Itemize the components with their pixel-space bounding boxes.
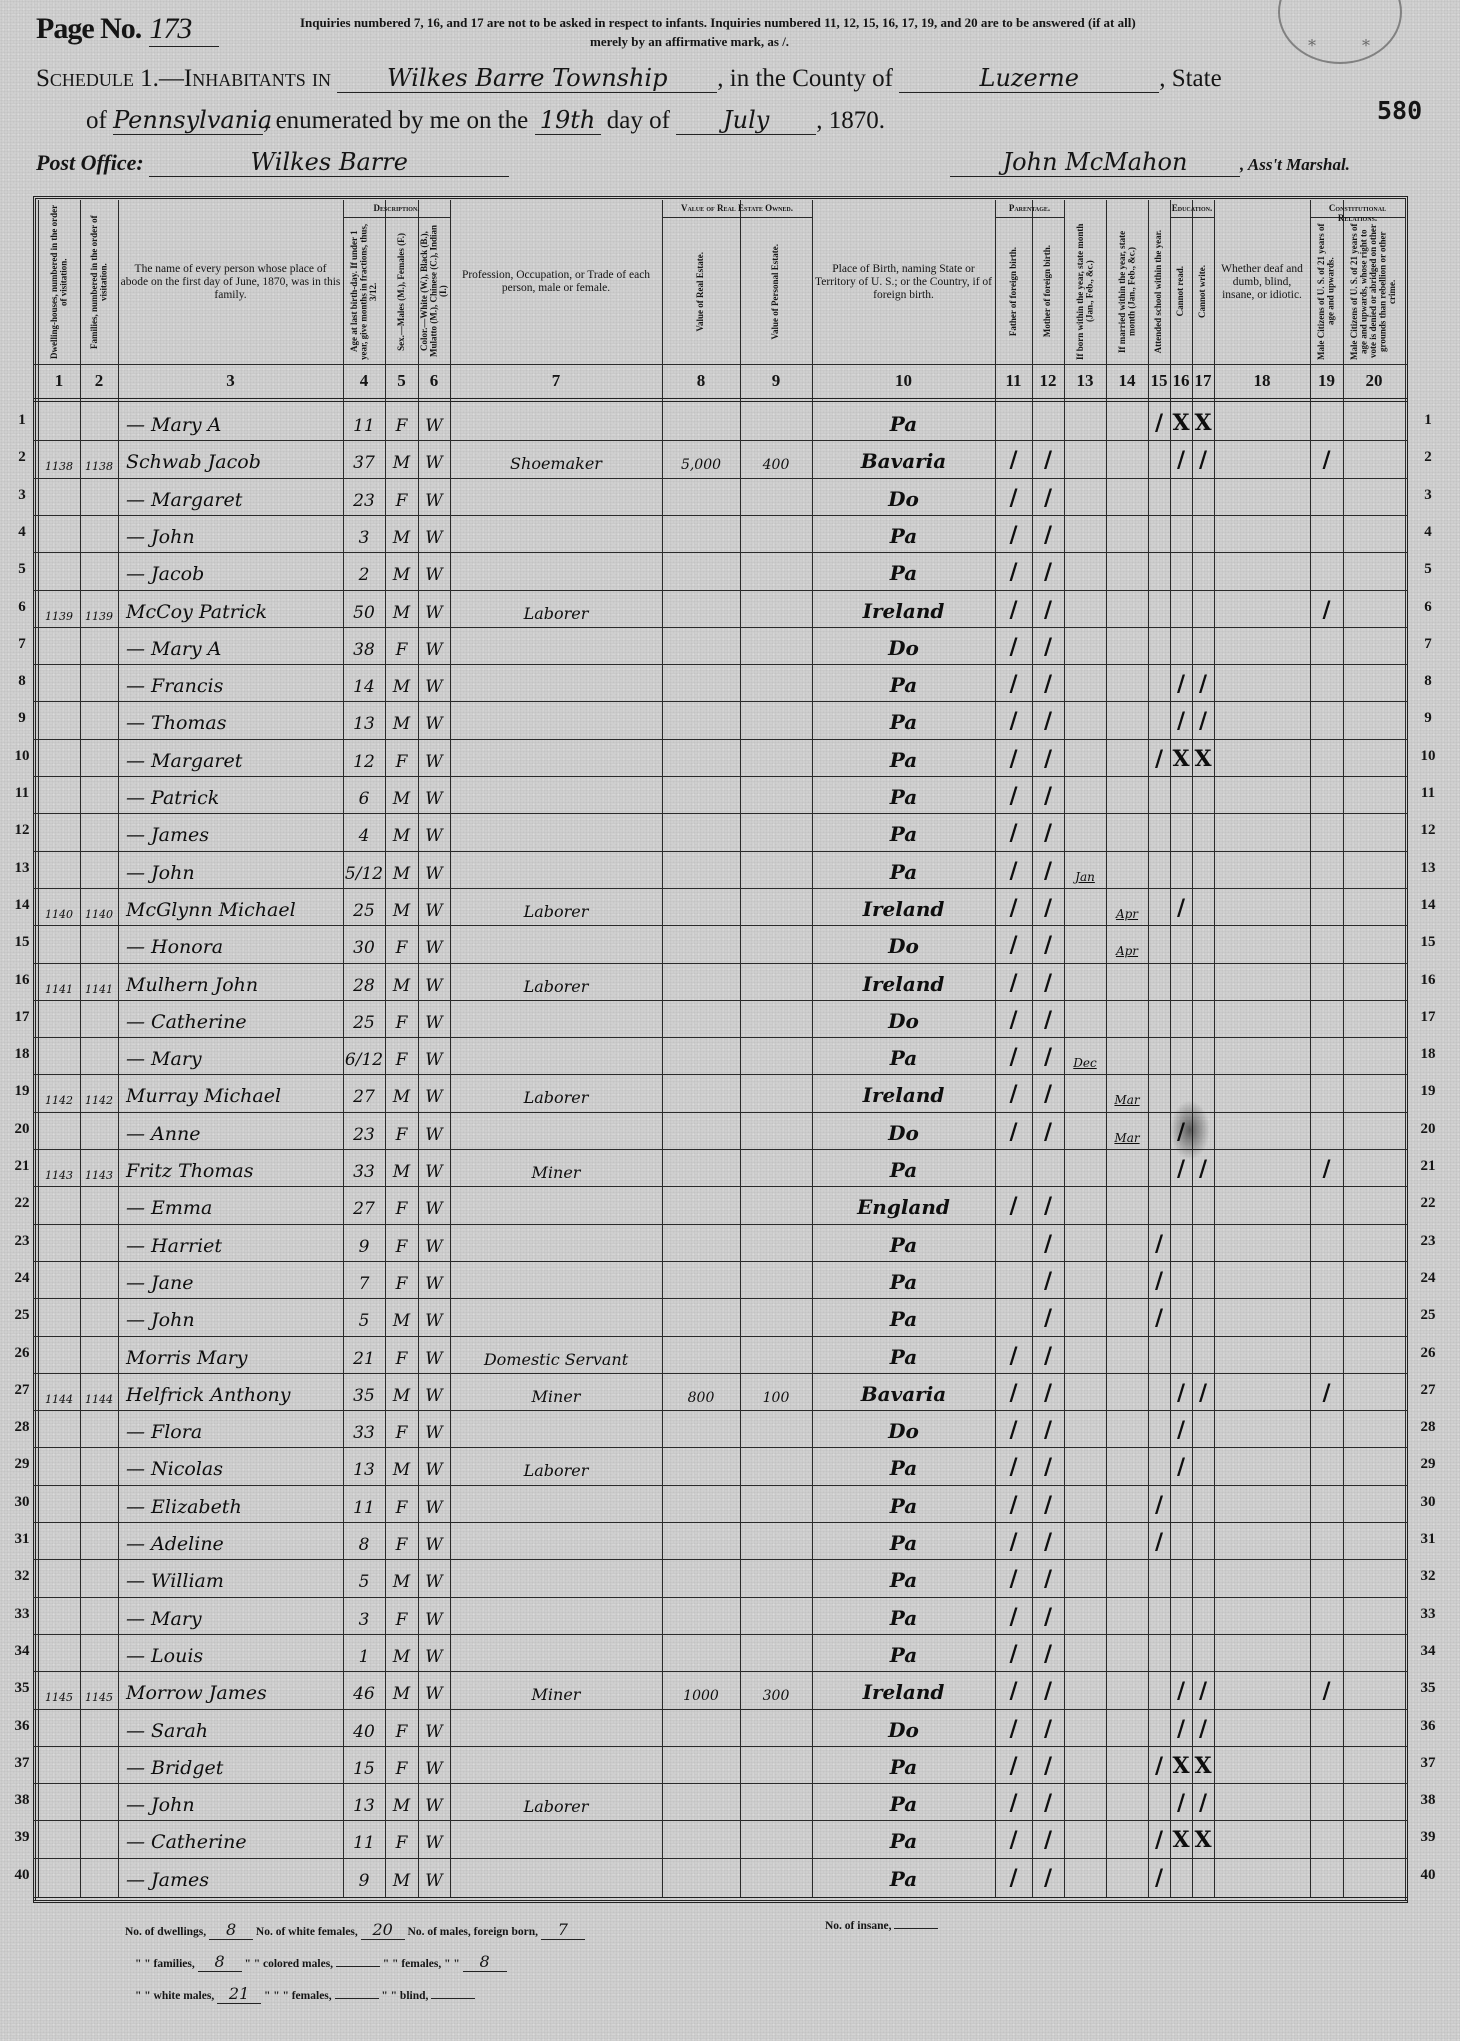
cell-c11: /	[995, 1074, 1032, 1111]
cell-c15: /	[1148, 739, 1170, 776]
cell-color: W	[418, 590, 450, 627]
cell-real	[662, 776, 740, 813]
cell-sex: F	[385, 1820, 418, 1857]
cell-c16	[1170, 1186, 1192, 1223]
row-number-right: 18	[1416, 1046, 1440, 1063]
cell-c14	[1106, 776, 1148, 813]
cell-c15	[1148, 1671, 1170, 1708]
cell-sex: F	[385, 1410, 418, 1447]
column-header-label: Whether deaf and dumb, blind, insane, or…	[1216, 263, 1308, 302]
cell-c20	[1343, 1261, 1405, 1298]
cell-c11: /	[995, 1858, 1032, 1895]
cell-c15	[1148, 1559, 1170, 1596]
row-number-left: 19	[10, 1083, 34, 1100]
cell-fam	[80, 1820, 118, 1857]
cell-c15	[1148, 851, 1170, 888]
row-number-left: 33	[10, 1606, 34, 1623]
cell-c13	[1064, 963, 1106, 1000]
cell-real	[662, 963, 740, 1000]
cell-c20	[1343, 1783, 1405, 1820]
cell-pers	[740, 1037, 812, 1074]
cell-age: 5	[343, 1298, 385, 1335]
cell-name: — John	[118, 851, 343, 888]
cell-c11	[995, 1261, 1032, 1298]
cell-c20	[1343, 664, 1405, 701]
cell-real	[662, 1858, 740, 1895]
cell-c17	[1192, 1261, 1214, 1298]
cell-c11: /	[995, 1559, 1032, 1596]
cell-age: 27	[343, 1186, 385, 1223]
cell-c12: /	[1032, 963, 1064, 1000]
column-header-14: If married within the year, state month …	[1106, 219, 1148, 364]
cell-c15	[1148, 590, 1170, 627]
cell-c13	[1064, 1336, 1106, 1373]
cell-real	[662, 664, 740, 701]
cell-sex: M	[385, 1559, 418, 1596]
cell-pers: 100	[740, 1373, 812, 1410]
cell-dw	[38, 1298, 80, 1335]
cell-occ	[450, 515, 662, 552]
cell-occ	[450, 1224, 662, 1261]
cell-c12: /	[1032, 1261, 1064, 1298]
cell-c12: /	[1032, 1783, 1064, 1820]
cell-c11: /	[995, 478, 1032, 515]
cell-fam	[80, 701, 118, 738]
cell-sex: M	[385, 1858, 418, 1895]
cell-pob: Do	[812, 1709, 995, 1746]
cell-c18	[1214, 1186, 1310, 1223]
cell-age: 50	[343, 590, 385, 627]
township-field: Wilkes Barre Township	[337, 64, 717, 93]
cell-c15	[1148, 1336, 1170, 1373]
cell-c18	[1214, 888, 1310, 925]
cell-pers	[740, 888, 812, 925]
cell-name: — Mary A	[118, 403, 343, 440]
cell-pers	[740, 1858, 812, 1895]
row-number-right: 31	[1416, 1531, 1440, 1548]
cell-c13	[1064, 1522, 1106, 1559]
cell-age: 25	[343, 888, 385, 925]
cell-pob: Pa	[812, 1037, 995, 1074]
cell-c19	[1310, 1709, 1343, 1746]
column-header-6: Color.—White (W.), Black (B.), Mulatto (…	[418, 219, 450, 364]
cell-real	[662, 515, 740, 552]
cell-pers	[740, 478, 812, 515]
cell-pers	[740, 1597, 812, 1634]
cell-name: — James	[118, 813, 343, 850]
cell-c11: /	[995, 1709, 1032, 1746]
cell-color: W	[418, 1000, 450, 1037]
cell-pers	[740, 1709, 812, 1746]
cell-c17: /	[1192, 1783, 1214, 1820]
cell-real: 5,000	[662, 440, 740, 477]
cell-sex: M	[385, 963, 418, 1000]
cell-c11: /	[995, 1820, 1032, 1857]
column-header-label: Families, numbered in the order of visit…	[90, 202, 109, 362]
cell-c16	[1170, 1224, 1192, 1261]
cell-dw	[38, 739, 80, 776]
cell-c12: /	[1032, 664, 1064, 701]
cell-sex: M	[385, 813, 418, 850]
cell-c19	[1310, 813, 1343, 850]
column-number: 16	[1170, 364, 1192, 398]
cell-c13	[1064, 1373, 1106, 1410]
cell-pers	[740, 739, 812, 776]
cell-color: W	[418, 1522, 450, 1559]
cell-sex: F	[385, 1224, 418, 1261]
cell-pers	[740, 1261, 812, 1298]
cell-pob: Pa	[812, 1485, 995, 1522]
cell-sex: F	[385, 1485, 418, 1522]
cell-occ	[450, 1634, 662, 1671]
cell-c19	[1310, 1783, 1343, 1820]
cell-c20	[1343, 590, 1405, 627]
column-header-12: Mother of foreign birth.	[1032, 219, 1064, 364]
cell-dw	[38, 1597, 80, 1634]
cell-real	[662, 813, 740, 850]
cell-pob: Bavaria	[812, 1373, 995, 1410]
cell-color: W	[418, 701, 450, 738]
cell-occ: Shoemaker	[450, 440, 662, 477]
cell-age: 13	[343, 1447, 385, 1484]
cell-c12: /	[1032, 1037, 1064, 1074]
cell-c14	[1106, 1709, 1148, 1746]
row-number-left: 26	[10, 1345, 34, 1362]
cell-c20	[1343, 888, 1405, 925]
cell-pob: Ireland	[812, 963, 995, 1000]
cell-c13	[1064, 1485, 1106, 1522]
cell-dw	[38, 1634, 80, 1671]
cell-c11: /	[995, 1522, 1032, 1559]
cell-c19	[1310, 478, 1343, 515]
cell-name: — Emma	[118, 1186, 343, 1223]
cell-c12: /	[1032, 776, 1064, 813]
cell-occ: Laborer	[450, 1074, 662, 1111]
cell-c20	[1343, 851, 1405, 888]
cell-c19	[1310, 1186, 1343, 1223]
cell-c12: /	[1032, 925, 1064, 962]
cell-pob: Pa	[812, 776, 995, 813]
cell-pers	[740, 1820, 812, 1857]
cell-pob: Pa	[812, 1559, 995, 1596]
cell-name: Morris Mary	[118, 1336, 343, 1373]
cell-c15: /	[1148, 1746, 1170, 1783]
cell-sex: M	[385, 776, 418, 813]
cell-c18	[1214, 1112, 1310, 1149]
cell-pers	[740, 1336, 812, 1373]
cell-c17	[1192, 1186, 1214, 1223]
cell-color: W	[418, 478, 450, 515]
column-header-label: Value of Real Estate.	[696, 252, 706, 332]
cell-dw	[38, 851, 80, 888]
cell-c19	[1310, 1298, 1343, 1335]
cell-real	[662, 1485, 740, 1522]
cell-c17	[1192, 1447, 1214, 1484]
cell-occ	[450, 1709, 662, 1746]
row-number-left: 35	[10, 1680, 34, 1697]
cell-c15	[1148, 1597, 1170, 1634]
cell-color: W	[418, 925, 450, 962]
cell-sex: F	[385, 627, 418, 664]
cell-c19	[1310, 1336, 1343, 1373]
cell-c15: /	[1148, 1298, 1170, 1335]
cell-fam	[80, 1037, 118, 1074]
row-number-left: 22	[10, 1195, 34, 1212]
cell-c18	[1214, 701, 1310, 738]
cell-c17: X	[1192, 1746, 1214, 1783]
column-number: 7	[450, 364, 662, 398]
column-header-15: Attended school within the year.	[1148, 219, 1170, 364]
cell-pers	[740, 813, 812, 850]
cell-c13	[1064, 1820, 1106, 1857]
cell-c12: /	[1032, 1597, 1064, 1634]
column-number: 5	[385, 364, 418, 398]
row-number-right: 3	[1416, 487, 1440, 504]
cell-occ	[450, 739, 662, 776]
cell-sex: F	[385, 1709, 418, 1746]
row-number-left: 31	[10, 1531, 34, 1548]
cell-sex: F	[385, 1112, 418, 1149]
cell-pers	[740, 1485, 812, 1522]
cell-c15	[1148, 515, 1170, 552]
cell-c16: /	[1170, 664, 1192, 701]
column-header-label: Cannot write.	[1198, 265, 1208, 318]
column-header-label: Sex.—Males (M.), Females (F.)	[397, 233, 407, 351]
cell-c18	[1214, 1597, 1310, 1634]
group-value-estate: Value of Real Estate Owned.	[662, 203, 812, 213]
row-number-left: 38	[10, 1792, 34, 1809]
cell-sex: F	[385, 1597, 418, 1634]
cell-c13	[1064, 590, 1106, 627]
cell-c11: /	[995, 552, 1032, 589]
cell-c17	[1192, 1037, 1214, 1074]
cell-pob: Pa	[812, 701, 995, 738]
cell-color: W	[418, 1820, 450, 1857]
row-number-left: 29	[10, 1456, 34, 1473]
column-header-19: Male Citizens of U. S. of 21 years of ag…	[1310, 219, 1343, 364]
cell-age: 23	[343, 1112, 385, 1149]
cell-name: — Margaret	[118, 739, 343, 776]
cell-fam	[80, 1559, 118, 1596]
post-office-field: Wilkes Barre	[149, 148, 509, 177]
cell-fam	[80, 664, 118, 701]
cell-age: 30	[343, 925, 385, 962]
cell-c20	[1343, 440, 1405, 477]
cell-occ	[450, 851, 662, 888]
cell-fam: 1139	[80, 590, 118, 627]
cell-color: W	[418, 1074, 450, 1111]
row-number-left: 17	[10, 1009, 34, 1026]
cell-pers	[740, 776, 812, 813]
cell-occ	[450, 552, 662, 589]
state-field: Pennsylvania	[113, 106, 263, 135]
cell-color: W	[418, 552, 450, 589]
cell-c14	[1106, 440, 1148, 477]
cell-dw	[38, 552, 80, 589]
cell-fam	[80, 1410, 118, 1447]
cell-pers	[740, 1149, 812, 1186]
cell-fam	[80, 1112, 118, 1149]
cell-c11	[995, 1224, 1032, 1261]
cell-c13	[1064, 776, 1106, 813]
cell-color: W	[418, 1746, 450, 1783]
cell-color: W	[418, 1783, 450, 1820]
cell-c18	[1214, 1000, 1310, 1037]
row-number-left: 25	[10, 1307, 34, 1324]
cell-c14: Mar	[1106, 1074, 1148, 1111]
group-divider	[343, 217, 450, 218]
cell-real	[662, 925, 740, 962]
cell-c19	[1310, 1074, 1343, 1111]
column-number: 11	[995, 364, 1032, 398]
cell-color: W	[418, 1298, 450, 1335]
cell-c16	[1170, 1336, 1192, 1373]
page-number-value: 173	[149, 12, 219, 47]
row-number-left: 3	[10, 487, 34, 504]
row-number-right: 30	[1416, 1494, 1440, 1511]
cell-c11: /	[995, 590, 1032, 627]
cell-c14	[1106, 1559, 1148, 1596]
cell-c16	[1170, 1485, 1192, 1522]
cell-c13	[1064, 515, 1106, 552]
cell-name: — Catherine	[118, 1000, 343, 1037]
cell-pob: Pa	[812, 1746, 995, 1783]
column-number: 19	[1310, 364, 1343, 398]
cell-c20	[1343, 1410, 1405, 1447]
cell-c18	[1214, 1149, 1310, 1186]
cell-sex: M	[385, 1671, 418, 1708]
cell-c13	[1064, 1074, 1106, 1111]
cell-name: — Flora	[118, 1410, 343, 1447]
cell-dw	[38, 478, 80, 515]
cell-pob: Pa	[812, 1597, 995, 1634]
cell-c15	[1148, 1373, 1170, 1410]
cell-c11: /	[995, 739, 1032, 776]
cell-c12: /	[1032, 701, 1064, 738]
cell-occ	[450, 1820, 662, 1857]
cell-c18	[1214, 851, 1310, 888]
dwellings-label: No. of dwellings,	[125, 1926, 206, 1938]
cell-occ	[450, 403, 662, 440]
cell-c16	[1170, 590, 1192, 627]
column-header-16: Cannot read.	[1170, 219, 1192, 364]
cell-dw	[38, 1522, 80, 1559]
column-header-label: Male Citizens of U. S. of 21 years of ag…	[1317, 221, 1336, 362]
cell-real	[662, 1597, 740, 1634]
cell-real	[662, 590, 740, 627]
cell-occ	[450, 813, 662, 850]
cell-dw	[38, 1410, 80, 1447]
cell-occ: Laborer	[450, 1783, 662, 1820]
row-number-left: 9	[10, 710, 34, 727]
row-number-right: 15	[1416, 934, 1440, 951]
cell-real	[662, 1298, 740, 1335]
cell-c18	[1214, 1783, 1310, 1820]
cell-c15	[1148, 1634, 1170, 1671]
cell-c17	[1192, 963, 1214, 1000]
cell-c19	[1310, 1634, 1343, 1671]
cell-c19	[1310, 963, 1343, 1000]
cell-c20	[1343, 963, 1405, 1000]
cell-c20	[1343, 478, 1405, 515]
cell-c13	[1064, 478, 1106, 515]
cell-real	[662, 1000, 740, 1037]
cell-occ	[450, 1597, 662, 1634]
cell-c13	[1064, 1634, 1106, 1671]
cell-color: W	[418, 1559, 450, 1596]
cell-age: 23	[343, 478, 385, 515]
cell-dw: 1142	[38, 1074, 80, 1111]
cell-c15	[1148, 1447, 1170, 1484]
row-number-right: 10	[1416, 748, 1440, 765]
cell-name: — Mary	[118, 1597, 343, 1634]
cell-name: — Elizabeth	[118, 1485, 343, 1522]
cell-fam	[80, 1522, 118, 1559]
cell-pers	[740, 1224, 812, 1261]
cell-age: 15	[343, 1746, 385, 1783]
cell-c19	[1310, 1000, 1343, 1037]
cell-color: W	[418, 664, 450, 701]
cell-age: 7	[343, 1261, 385, 1298]
cell-occ: Laborer	[450, 888, 662, 925]
cell-pers	[740, 1000, 812, 1037]
cell-dw	[38, 1783, 80, 1820]
cell-dw: 1138	[38, 440, 80, 477]
cell-age: 37	[343, 440, 385, 477]
column-header-label: Cannot read.	[1176, 266, 1186, 316]
cell-name: Morrow James	[118, 1671, 343, 1708]
cell-c18	[1214, 1858, 1310, 1895]
cell-c14	[1106, 590, 1148, 627]
column-header-9: Value of Personal Estate.	[740, 219, 812, 364]
cell-c19	[1310, 851, 1343, 888]
row-number-right: 9	[1416, 710, 1440, 727]
cell-age: 12	[343, 739, 385, 776]
row-number-left: 27	[10, 1382, 34, 1399]
cell-name: Schwab Jacob	[118, 440, 343, 477]
row-number-left: 1	[10, 412, 34, 429]
cell-fam: 1141	[80, 963, 118, 1000]
cell-c13	[1064, 1298, 1106, 1335]
row-number-left: 15	[10, 934, 34, 951]
cell-sex: F	[385, 925, 418, 962]
cell-c17	[1192, 1224, 1214, 1261]
row-number-right: 20	[1416, 1121, 1440, 1138]
cell-color: W	[418, 1037, 450, 1074]
row-number-right: 21	[1416, 1158, 1440, 1175]
cell-c17	[1192, 1485, 1214, 1522]
summary-row-1: No. of dwellings, 8 No. of white females…	[125, 1920, 585, 1940]
cell-fam	[80, 813, 118, 850]
cell-c16	[1170, 851, 1192, 888]
cell-real	[662, 403, 740, 440]
cell-name: Mulhern John	[118, 963, 343, 1000]
column-number: 1	[38, 364, 80, 398]
cell-c17	[1192, 851, 1214, 888]
insane-label: No. of insane,	[825, 1920, 891, 1932]
cell-name: — John	[118, 515, 343, 552]
cell-c20	[1343, 1485, 1405, 1522]
cell-c18	[1214, 403, 1310, 440]
cell-name: Helfrick Anthony	[118, 1373, 343, 1410]
cell-c14	[1106, 1447, 1148, 1484]
column-header-label: If married within the year, state month …	[1118, 221, 1137, 362]
cell-c20	[1343, 1149, 1405, 1186]
cell-real	[662, 1820, 740, 1857]
cell-color: W	[418, 1261, 450, 1298]
cell-c15	[1148, 627, 1170, 664]
cell-dw	[38, 1336, 80, 1373]
